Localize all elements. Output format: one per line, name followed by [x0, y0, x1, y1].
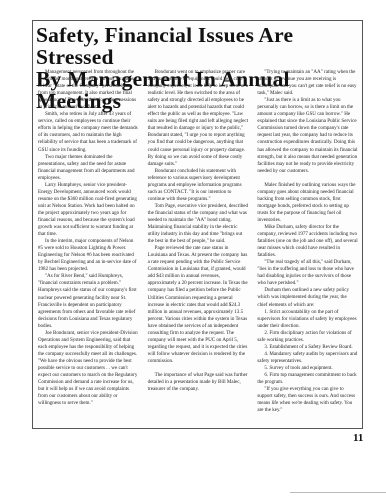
- list-item: 6. Firm top management commitment to bac…: [257, 372, 358, 386]
- paragraph: "Just as there is a limit as to what you…: [257, 97, 358, 175]
- list-item: 2. Firm disciplinary action for violatio…: [257, 330, 358, 344]
- list-item: 4. Mandatory safety audits by supervisor…: [257, 351, 358, 365]
- paragraph: Larry Humphreys, senior vice president-E…: [38, 182, 139, 238]
- paragraph: Bondurant concluded his statement with r…: [148, 168, 249, 203]
- list-item: 1. Strict accountability on the part of …: [257, 309, 358, 330]
- list-item: 5. Survey of tools and equipment.: [257, 365, 358, 372]
- page-number: 11: [353, 432, 363, 444]
- paragraph: The importance of what Page said was fur…: [148, 372, 249, 393]
- column-3: "Trying to maintain an "AA" rating when …: [257, 69, 358, 414]
- paragraph: "As for River Bend," said Humphreys, "fi…: [38, 273, 139, 329]
- column-2: Bondurant went on to emphasize proper ca…: [148, 69, 249, 414]
- paragraph: Malec finished by outlining various ways…: [257, 182, 358, 224]
- headline-line-1: Safety, Financial Issues Are Stressed: [36, 23, 293, 69]
- bottom-rule: [290, 492, 386, 493]
- column-1: Management personnel from throughout the…: [38, 69, 139, 414]
- paragraph: Two major themes dominated the presentat…: [38, 154, 139, 182]
- paragraph: Joe Bondurant, senior vice president-Div…: [38, 330, 139, 408]
- article-body: Management personnel from throughout the…: [38, 69, 358, 414]
- paragraph: Bondurant went on to emphasize proper ca…: [148, 69, 249, 168]
- paragraph: Management personnel from throughout the…: [38, 69, 139, 111]
- paragraph: Smith, who retires in July after 43 year…: [38, 111, 139, 153]
- paragraph: "If you give everything you can give to …: [257, 386, 358, 414]
- paragraph: Mike Durham, safety director for the com…: [257, 224, 358, 259]
- paragraph: "Trying to maintain an "AA" rating when …: [257, 69, 358, 97]
- paragraph: "The real tragedy of all this," said Dur…: [257, 259, 358, 287]
- paragraph: Durham then outlined a new safety policy…: [257, 287, 358, 308]
- paragraph: Tom Page, executive vice president, desc…: [148, 203, 249, 245]
- paragraph: In the interim, major components of Nels…: [38, 238, 139, 273]
- list-item: 3. Establishment of a Safety Review Boar…: [257, 344, 358, 351]
- paragraph: Page reviewed the rate case status in Lo…: [148, 245, 249, 365]
